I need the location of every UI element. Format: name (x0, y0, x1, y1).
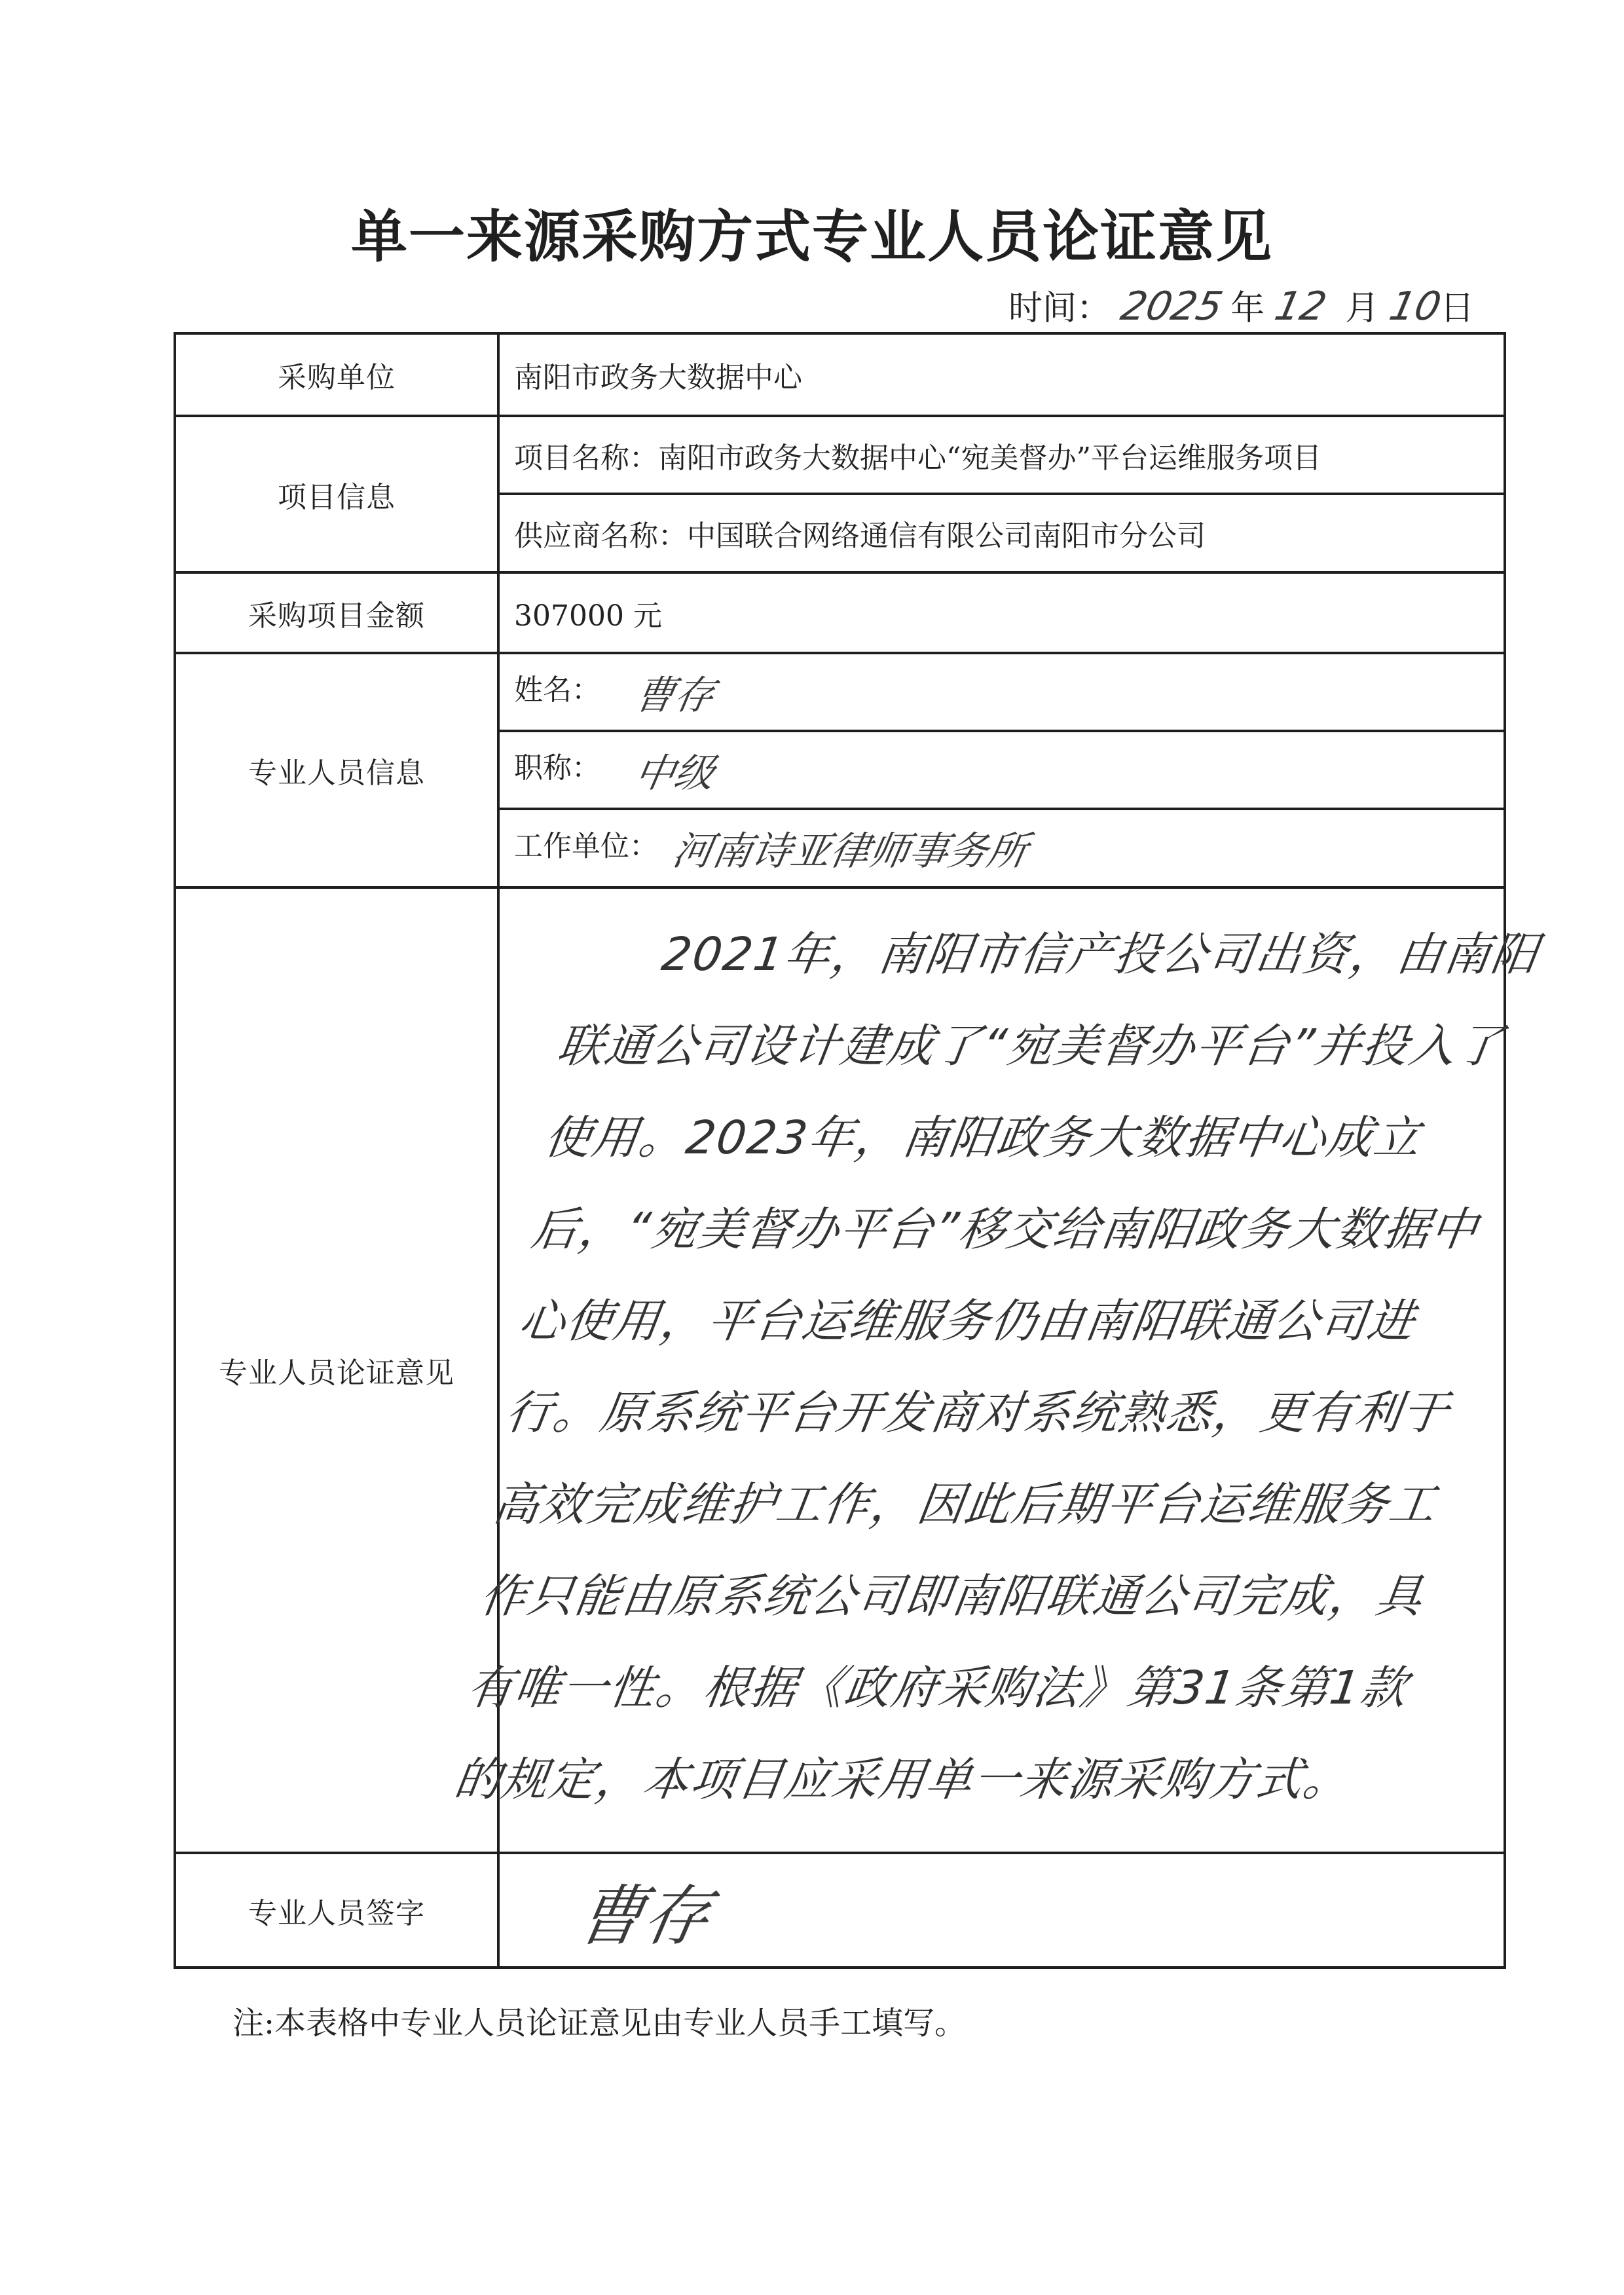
project-name-value: 项目名称：南阳市政务大数据中心“宛美督办”平台运维服务项目 (498, 416, 1505, 494)
amount-label: 采购项目金额 (175, 572, 498, 653)
expert-title-handwritten: 中级 (631, 742, 719, 798)
document-title: 单一来源采购方式专业人员论证意见 (0, 191, 1624, 272)
date-label: 时间： (1008, 289, 1111, 328)
opinion-label: 专业人员论证意见 (175, 887, 498, 1853)
expert-signature: 曹存 (571, 1863, 718, 1958)
purchaser-value: 南阳市政务大数据中心 (498, 333, 1505, 416)
row-amount: 采购项目金额 307000 元 (175, 572, 1505, 653)
signature-cell: 曹存 (498, 1853, 1505, 1968)
purchaser-label: 采购单位 (175, 333, 498, 416)
row-signature: 专业人员签字 曹存 (175, 1853, 1505, 1968)
expert-title-label: 职称： (514, 744, 600, 786)
signature-label: 专业人员签字 (175, 1853, 498, 1968)
row-opinion: 专业人员论证意见 2021年，南阳市信产投公司出资，由南阳联通公司设计建成了“宛… (175, 887, 1505, 1853)
date-month-handwritten: 12 (1270, 284, 1339, 329)
expert-name-label: 姓名： (514, 666, 600, 708)
expert-employer-handwritten: 河南诗亚律师事务所 (669, 820, 1032, 876)
expert-name-handwritten: 曹存 (631, 664, 719, 720)
supplier-name-value: 供应商名称：中国联合网络通信有限公司南阳市分公司 (498, 494, 1505, 572)
amount-value: 307000 元 (498, 572, 1505, 653)
expert-name-cell: 姓名： 曹存 (498, 653, 1505, 731)
date-day-unit: 日 (1440, 289, 1474, 328)
expert-info-label: 专业人员信息 (175, 653, 498, 887)
expert-employer-label: 工作单位： (514, 830, 658, 863)
row-expert-name: 专业人员信息 姓名： 曹存 (175, 653, 1505, 731)
date-year-handwritten: 2025 (1116, 284, 1225, 329)
footnote: 注:本表格中专业人员论证意见由专业人员手工填写。 (232, 1998, 966, 2043)
row-project-name: 项目信息 项目名称：南阳市政务大数据中心“宛美督办”平台运维服务项目 (175, 416, 1505, 494)
expert-title-cell: 职称： 中级 (498, 731, 1505, 809)
opinion-cell: 2021年，南阳市信产投公司出资，由南阳联通公司设计建成了“宛美督办平台”并投入… (498, 887, 1505, 1853)
expert-employer-cell: 工作单位： 河南诗亚律师事务所 (498, 809, 1505, 887)
date-month-unit: 月 (1345, 289, 1379, 328)
date-year-unit: 年 (1230, 289, 1264, 328)
row-purchaser: 采购单位 南阳市政务大数据中心 (175, 333, 1505, 416)
project-info-label: 项目信息 (175, 416, 498, 572)
date-line: 时间： 2025 年 12 月 10 日 (1008, 280, 1474, 329)
date-day-handwritten: 10 (1385, 284, 1434, 329)
argumentation-form-table: 采购单位 南阳市政务大数据中心 项目信息 项目名称：南阳市政务大数据中心“宛美督… (174, 332, 1506, 1969)
opinion-handwritten-text: 2021年，南阳市信产投公司出资，由南阳联通公司设计建成了“宛美督办平台”并投入… (449, 908, 1555, 1825)
